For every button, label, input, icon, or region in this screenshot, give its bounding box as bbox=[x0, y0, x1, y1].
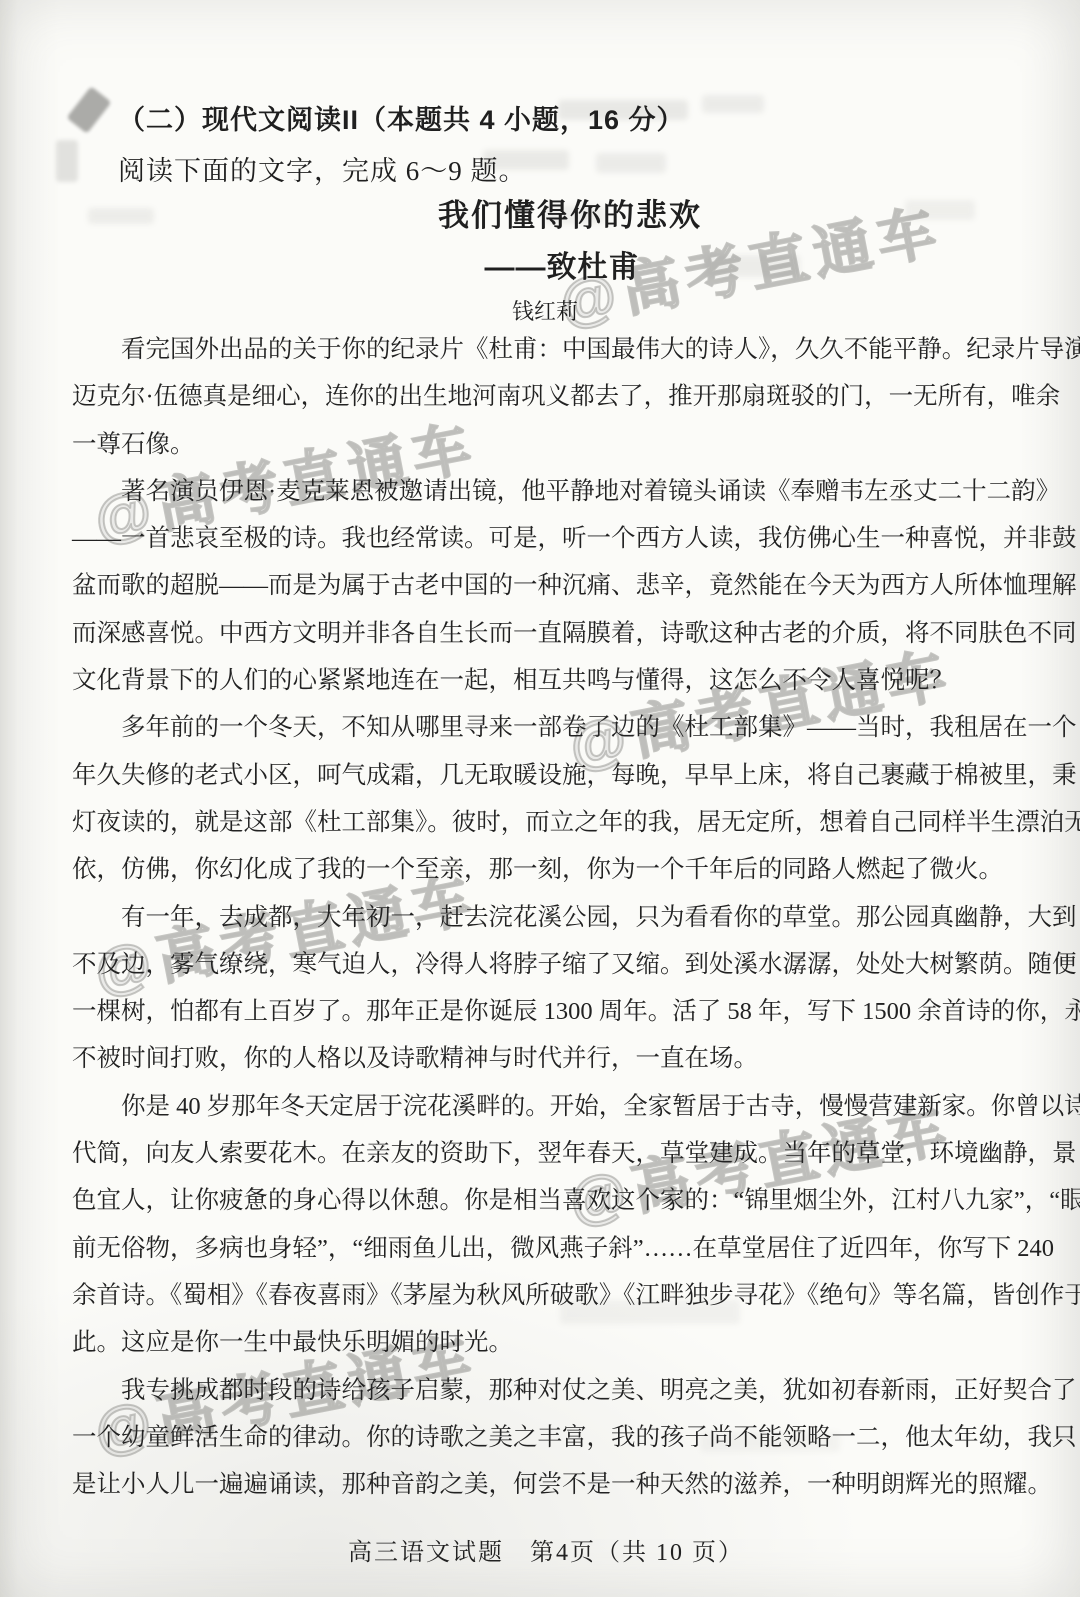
text-line: 著名演员伊恩·麦克莱恩被邀请出镜，他平静地对着镜头诵读《奉赠韦左丞丈二十二韵》 bbox=[72, 468, 1008, 515]
reading-instruction: 阅读下面的文字，完成 6～9 题。 bbox=[118, 149, 527, 188]
text-line: 是让小人儿一遍遍诵读，那种音韵之美，何尝不是一种天然的滋养，一种明朗辉光的照耀。 bbox=[72, 1461, 1008, 1508]
text-line: 不被时间打败，你的人格以及诗歌精神与时代并行，一直在场。 bbox=[72, 1035, 1008, 1082]
text-line: 一棵树，怕都有上百岁了。那年正是你诞辰 1300 周年。活了 58 年，写下 1… bbox=[72, 988, 1008, 1035]
text-line: 灯夜读的，就是这部《杜工部集》。彼时，而立之年的我，居无定所，想着自己同样半生漂… bbox=[72, 799, 1008, 846]
article-body: 看完国外出品的关于你的纪录片《杜甫：中国最伟大的诗人》，久久不能平静。纪录片导演… bbox=[72, 326, 1008, 1508]
text-line: ——一首悲哀至极的诗。我也经常读。可是，听一个西方人读，我仿佛心生一种喜悦，并非… bbox=[72, 515, 1008, 562]
text-line: 文化背景下的人们的心紧紧地连在一起，相互共鸣与懂得，这怎么不令人喜悦呢？ bbox=[72, 657, 1008, 704]
text-line: 不及边，雾气缭绕，寒气迫人，冷得人将脖子缩了又缩。到处溪水潺潺，处处大树繁荫。随… bbox=[72, 941, 1008, 988]
scan-artifact bbox=[88, 208, 154, 224]
text-line: 代简，向友人索要花木。在亲友的资助下，翌年春天，草堂建成。当年的草堂，环境幽静，… bbox=[72, 1130, 1008, 1177]
text-line: 前无俗物，多病也身轻”，“细雨鱼儿出，微风燕子斜”……在草堂居住了近四年，你写下… bbox=[72, 1225, 1008, 1272]
text-line: 一个幼童鲜活生命的律动。你的诗歌之美之丰富，我的孩子尚不能领略一二，他太年幼，我… bbox=[72, 1414, 1008, 1461]
page-footer: 高三语文试题 第4页（共 10 页） bbox=[348, 1532, 744, 1567]
scan-artifact bbox=[596, 153, 666, 173]
text-line: 看完国外出品的关于你的纪录片《杜甫：中国最伟大的诗人》，久久不能平静。纪录片导演 bbox=[72, 326, 1008, 373]
scan-artifact bbox=[905, 200, 975, 220]
text-line: 一尊石像。 bbox=[72, 421, 1008, 468]
scan-artifact bbox=[56, 140, 78, 182]
text-line: 年久失修的老式小区，呵气成霜，几无取暖设施，每晚，早早上床，将自己裹藏于棉被里，… bbox=[72, 752, 1008, 799]
text-line: 多年前的一个冬天，不知从哪里寻来一部卷了边的《杜工部集》——当时，我租居在一个 bbox=[72, 704, 1008, 751]
section-header: （二）现代文阅读II（本题共 4 小题，16 分） bbox=[118, 98, 685, 137]
text-line: 你是 40 岁那年冬天定居于浣花溪畔的。开始，全家暂居于古寺，慢慢营建新家。你曾… bbox=[72, 1083, 1008, 1130]
text-line: 此。这应是你一生中最快乐明媚的时光。 bbox=[72, 1319, 1008, 1366]
text-line: 色宜人，让你疲惫的身心得以休憩。你是相当喜欢这个家的：“锦里烟尘外，江村八九家”… bbox=[72, 1177, 1008, 1224]
article-dedication: ——致杜甫 bbox=[485, 242, 640, 286]
exam-page: @高考直通车 @高考直通车 @高考直通车 @高考直通车 @高考直通车 @高考直通… bbox=[0, 0, 1080, 1597]
scan-artifact bbox=[705, 255, 800, 277]
text-line: 而深感喜悦。中西方文明并非各自生长而一直隔膜着，诗歌这种古老的介质，将不同肤色不… bbox=[72, 610, 1008, 657]
text-line: 有一年，去成都，大年初一，赶去浣花溪公园，只为看看你的草堂。那公园真幽静，大到 bbox=[72, 894, 1008, 941]
text-line: 我专挑成都时段的诗给孩子启蒙，那种对仗之美、明亮之美，犹如初春新雨，正好契合了 bbox=[72, 1367, 1008, 1414]
scan-artifact bbox=[702, 95, 764, 113]
scan-artifact bbox=[66, 86, 111, 134]
text-line: 余首诗。《蜀相》《春夜喜雨》《茅屋为秋风所破歌》《江畔独步寻花》《绝句》等名篇，… bbox=[72, 1272, 1008, 1319]
article-title: 我们懂得你的悲欢 bbox=[438, 190, 702, 235]
text-line: 迈克尔·伍德真是细心，连你的出生地河南巩义都去了，推开那扇斑驳的门，一无所有，唯… bbox=[72, 373, 1008, 420]
article-author: 钱红莉 bbox=[512, 295, 578, 326]
text-line: 依，仿佛，你幻化成了我的一个至亲，那一刻，你为一个千年后的同路人燃起了微火。 bbox=[72, 846, 1008, 893]
text-line: 盆而歌的超脱——而是为属于古老中国的一种沉痛、悲辛，竟然能在今天为西方人所体恤理… bbox=[72, 562, 1008, 609]
